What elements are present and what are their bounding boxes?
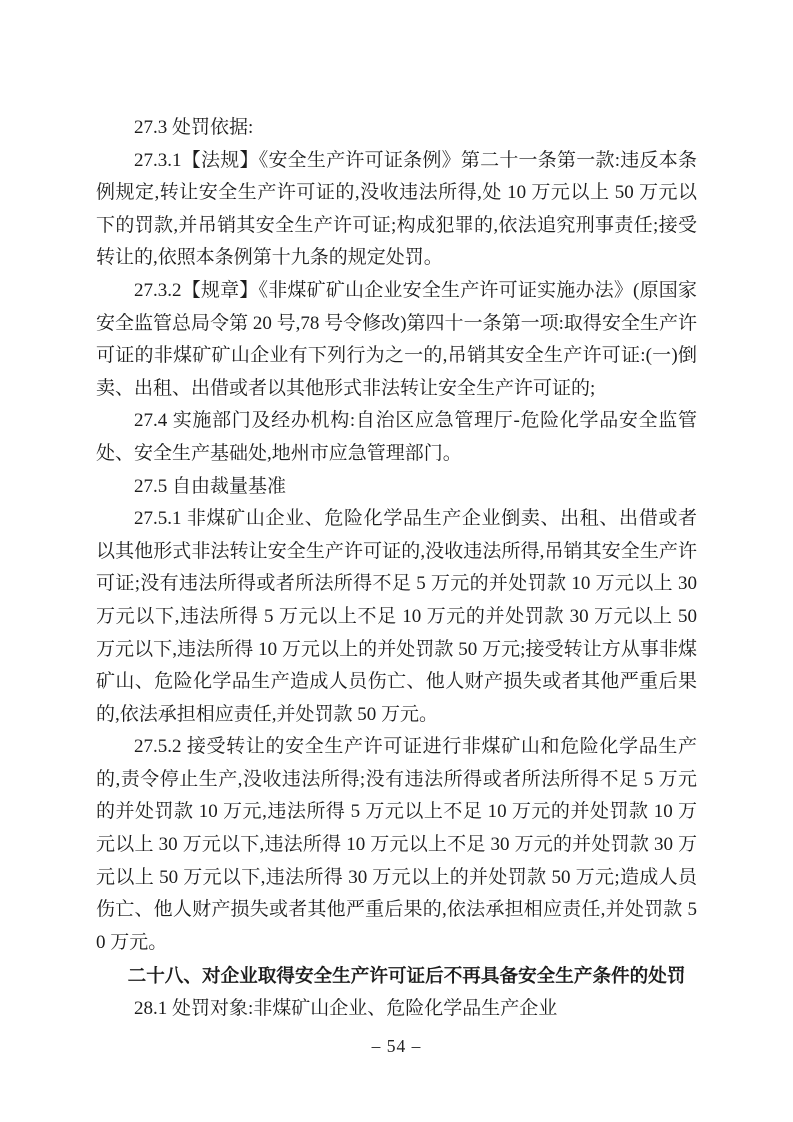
- page-number: – 54 –: [372, 1036, 422, 1056]
- paragraph: 27.5 自由裁量基准: [96, 471, 697, 504]
- paragraph: 27.4 实施部门及经办机构:自治区应急管理厅-危险化学品安全监管处、安全生产基…: [96, 405, 697, 470]
- paragraph: 27.3.2【规章】《非煤矿矿山企业安全生产许可证实施办法》(原国家安全监管总局…: [96, 275, 697, 405]
- document-body: 27.3 处罚依据:27.3.1【法规】《安全生产许可证条例》第二十一条第一款:…: [96, 112, 697, 1026]
- document-page: 27.3 处罚依据:27.3.1【法规】《安全生产许可证条例》第二十一条第一款:…: [0, 0, 793, 1122]
- page-footer: – 54 –: [0, 1036, 793, 1057]
- paragraph: 27.5.1 非煤矿山企业、危险化学品生产企业倒卖、出租、出借或者以其他形式非法…: [96, 503, 697, 731]
- paragraph: 28.1 处罚对象:非煤矿山企业、危险化学品生产企业: [96, 993, 697, 1026]
- section-heading: 二十八、对企业取得安全生产许可证后不再具备安全生产条件的处罚: [96, 960, 697, 993]
- paragraph: 27.5.2 接受转让的安全生产许可证进行非煤矿山和危险化学品生产的,责令停止生…: [96, 731, 697, 959]
- paragraph: 27.3 处罚依据:: [96, 112, 697, 145]
- paragraph: 27.3.1【法规】《安全生产许可证条例》第二十一条第一款:违反本条例规定,转让…: [96, 145, 697, 275]
